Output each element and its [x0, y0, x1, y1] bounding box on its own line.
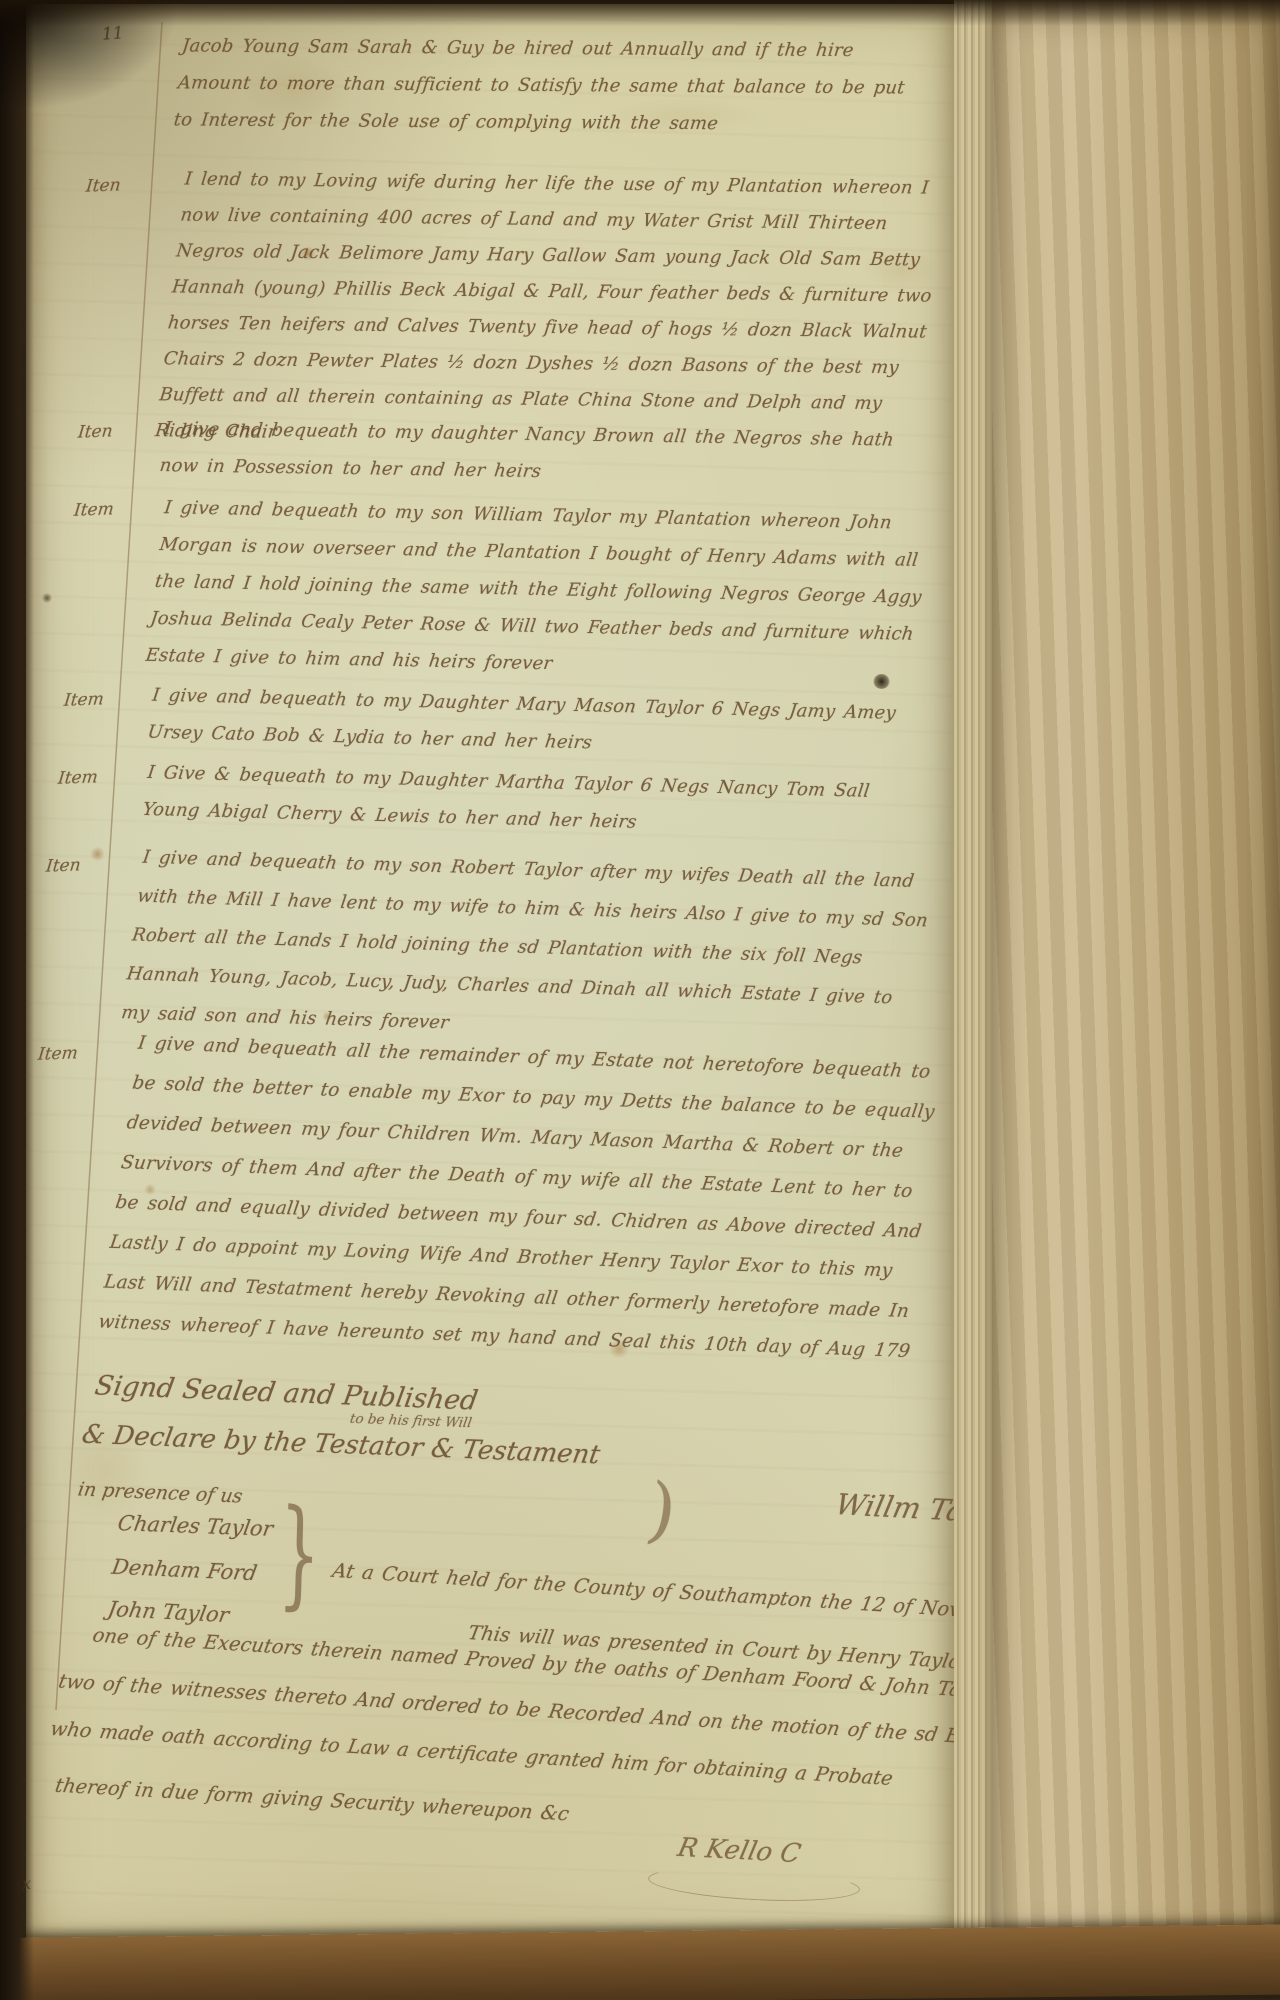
will-item-text: I give and bequeath to my daughter Nancy… [158, 410, 919, 496]
item-margin-label: Item [37, 1043, 79, 1064]
top-shadow-edge [0, 0, 1280, 26]
will-opening-text: Jacob Young Sam Sarah & Guy be hired out… [172, 27, 929, 143]
page-edge-stack [954, 0, 994, 1952]
item-margin-label: Item [57, 767, 99, 788]
witness-brace-icon: } [277, 1486, 322, 1620]
item-margin-label: Item [63, 689, 105, 710]
clerk-signature: R Kello C [675, 1833, 804, 1869]
will-item-text: I give and bequeath all the remainder of… [96, 1024, 959, 1373]
will-item-text: I give and bequeath to my son Robert Tay… [119, 838, 947, 1057]
item-margin-label: Iten [77, 421, 114, 442]
will-item-text: I give and bequeath to my son William Ta… [143, 489, 938, 690]
item-margin-label: Iten [45, 855, 82, 876]
book-cloth-edge [992, 0, 1280, 1952]
wood-table-edge [0, 1924, 1280, 2000]
left-shadow-edge [0, 0, 34, 2000]
manuscript-photo: 11 Jacob Young Sam Sarah & Guy be hired … [0, 0, 1280, 2000]
item-margin-label: Iten [85, 175, 122, 196]
item-margin-label: Item [73, 499, 115, 520]
